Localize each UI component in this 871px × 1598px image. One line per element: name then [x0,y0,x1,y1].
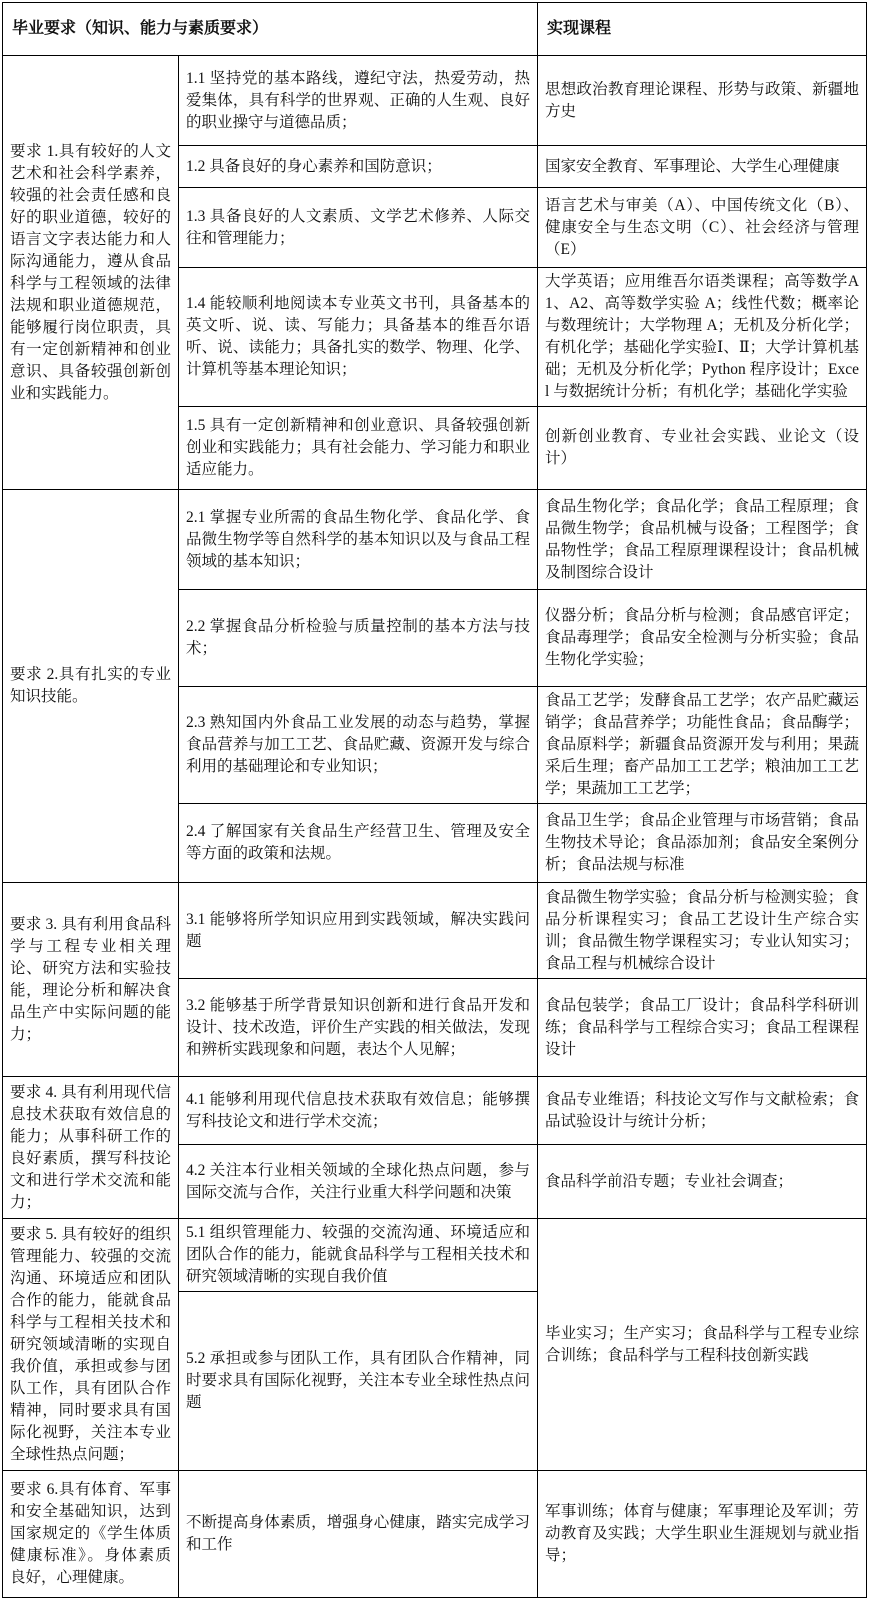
indicator-5-1-cell: 5.1 组织管理能力、较强的交流沟通、环境适应和团队合作的能力，能就食品科学与工… [179,1219,538,1292]
courses-2-4-cell: 食品卫生学；食品企业管理与市场营销；食品生物技术导论；食品添加剂；食品安全案例分… [538,804,867,883]
indicator-5-2-cell: 5.2 承担或参与团队工作，具有团队合作精神，同时要求具有国际化视野，关注本专业… [179,1292,538,1471]
courses-3-1-cell: 食品微生物学实验；食品分析与检测实验；食品分析课程实习；食品工艺设计生产综合实训… [538,883,867,979]
courses-2-1-cell: 食品生物化学；食品化学；食品工程原理；食品微生物学；食品机械与设备；工程图学；食… [538,490,867,590]
courses-2-2-cell: 仪器分析；食品分析与检测；食品感官评定；食品毒理学；食品安全检测与分析实验；食品… [538,590,867,687]
courses-1-2-cell: 国家安全教育、军事理论、大学生心理健康 [538,146,867,188]
courses-1-5-cell: 创新创业教育、专业社会实践、业论文（设计） [538,407,867,490]
requirements-courses-table: 毕业要求（知识、能力与素质要求） 实现课程 要求 1.具有较好的人文艺术和社会科… [2,2,867,1598]
courses-1-3-cell: 语言艺术与审美（A）、中国传统文化（B）、健康安全与生态文明（C）、社会经济与管… [538,188,867,268]
indicator-6-cell: 不断提高身体素质，增强身心健康，踏实完成学习和工作 [179,1471,538,1598]
table-row: 要求 2.具有扎实的专业知识技能。 2.1 掌握专业所需的食品生物化学、食品化学… [3,490,867,590]
table-row: 要求 1.具有较好的人文艺术和社会科学素养，较强的社会责任感和良好的职业道德，较… [3,56,867,146]
requirement-3-cell: 要求 3. 具有利用食品科学与工程专业相关理论、研究方法和实验技能，理论分析和解… [3,883,179,1077]
requirement-1-cell: 要求 1.具有较好的人文艺术和社会科学素养，较强的社会责任感和良好的职业道德，较… [3,56,179,490]
courses-5-merged-cell: 毕业实习；生产实习；食品科学与工程专业综合训练；食品科学与工程科技创新实践 [538,1219,867,1471]
courses-1-4-cell: 大学英语；应用维吾尔语类课程；高等数学A1、A2、高等数学实验 A；线性代数；概… [538,268,867,407]
indicator-1-3-cell: 1.3 具备良好的人文素质、文学艺术修养、人际交往和管理能力； [179,188,538,268]
header-graduation-requirements: 毕业要求（知识、能力与素质要求） [3,3,538,56]
indicator-2-2-cell: 2.2 掌握食品分析检验与质量控制的基本方法与技术； [179,590,538,687]
table-row: 要求 5. 具有较好的组织管理能力、较强的交流沟通、环境适应和团队合作的能力，能… [3,1219,867,1292]
indicator-1-5-cell: 1.5 具有一定创新精神和创业意识、具备较强创新创业和实践能力；具有社会能力、学… [179,407,538,490]
indicator-2-1-cell: 2.1 掌握专业所需的食品生物化学、食品化学、食品微生物学等自然科学的基本知识以… [179,490,538,590]
courses-6-cell: 军事训练；体育与健康；军事理论及军训；劳动教育及实践；大学生职业生涯规划与就业指… [538,1471,867,1598]
courses-3-2-cell: 食品包装学；食品工厂设计；食品科学科研训练；食品科学与工程综合实习；食品工程课程… [538,979,867,1077]
table-row: 要求 4. 具有利用现代信息技术获取有效信息的能力；从事科研工作的良好素质，撰写… [3,1077,867,1145]
courses-4-1-cell: 食品专业维语；科技论文写作与文献检索；食品试验设计与统计分析； [538,1077,867,1145]
indicator-1-4-cell: 1.4 能较顺利地阅读本专业英文书刊，具备基本的英文听、说、读、写能力；具备基本… [179,268,538,407]
indicator-2-3-cell: 2.3 熟知国内外食品工业发展的动态与趋势，掌握食品营养与加工工艺、食品贮藏、资… [179,687,538,804]
indicator-4-2-cell: 4.2 关注本行业相关领域的全球化热点问题，参与国际交流与合作，关注行业重大科学… [179,1145,538,1219]
requirement-2-cell: 要求 2.具有扎实的专业知识技能。 [3,490,179,883]
requirement-6-cell: 要求 6.具有体育、军事和安全基础知识，达到国家规定的《学生体质健康标准》。身体… [3,1471,179,1598]
courses-4-2-cell: 食品科学前沿专题；专业社会调查； [538,1145,867,1219]
requirement-4-cell: 要求 4. 具有利用现代信息技术获取有效信息的能力；从事科研工作的良好素质，撰写… [3,1077,179,1219]
table-row: 要求 6.具有体育、军事和安全基础知识，达到国家规定的《学生体质健康标准》。身体… [3,1471,867,1598]
header-implementing-courses: 实现课程 [538,3,867,56]
document-page: 毕业要求（知识、能力与素质要求） 实现课程 要求 1.具有较好的人文艺术和社会科… [0,0,871,1580]
requirement-5-cell: 要求 5. 具有较好的组织管理能力、较强的交流沟通、环境适应和团队合作的能力，能… [3,1219,179,1471]
indicator-4-1-cell: 4.1 能够利用现代信息技术获取有效信息；能够撰写科技论文和进行学术交流； [179,1077,538,1145]
table-row: 要求 3. 具有利用食品科学与工程专业相关理论、研究方法和实验技能，理论分析和解… [3,883,867,979]
indicator-1-1-cell: 1.1 坚持党的基本路线，遵纪守法，热爱劳动，热爱集体，具有科学的世界观、正确的… [179,56,538,146]
indicator-2-4-cell: 2.4 了解国家有关食品生产经营卫生、管理及安全等方面的政策和法规。 [179,804,538,883]
table-header-row: 毕业要求（知识、能力与素质要求） 实现课程 [3,3,867,56]
courses-1-1-cell: 思想政治教育理论课程、形势与政策、新疆地方史 [538,56,867,146]
indicator-3-2-cell: 3.2 能够基于所学背景知识创新和进行食品开发和设计、技术改造，评价生产实践的相… [179,979,538,1077]
indicator-3-1-cell: 3.1 能够将所学知识应用到实践领域，解决实践问题 [179,883,538,979]
courses-2-3-cell: 食品工艺学；发酵食品工艺学；农产品贮藏运销学；食品营养学；功能性食品；食品酶学；… [538,687,867,804]
indicator-1-2-cell: 1.2 具备良好的身心素养和国防意识； [179,146,538,188]
